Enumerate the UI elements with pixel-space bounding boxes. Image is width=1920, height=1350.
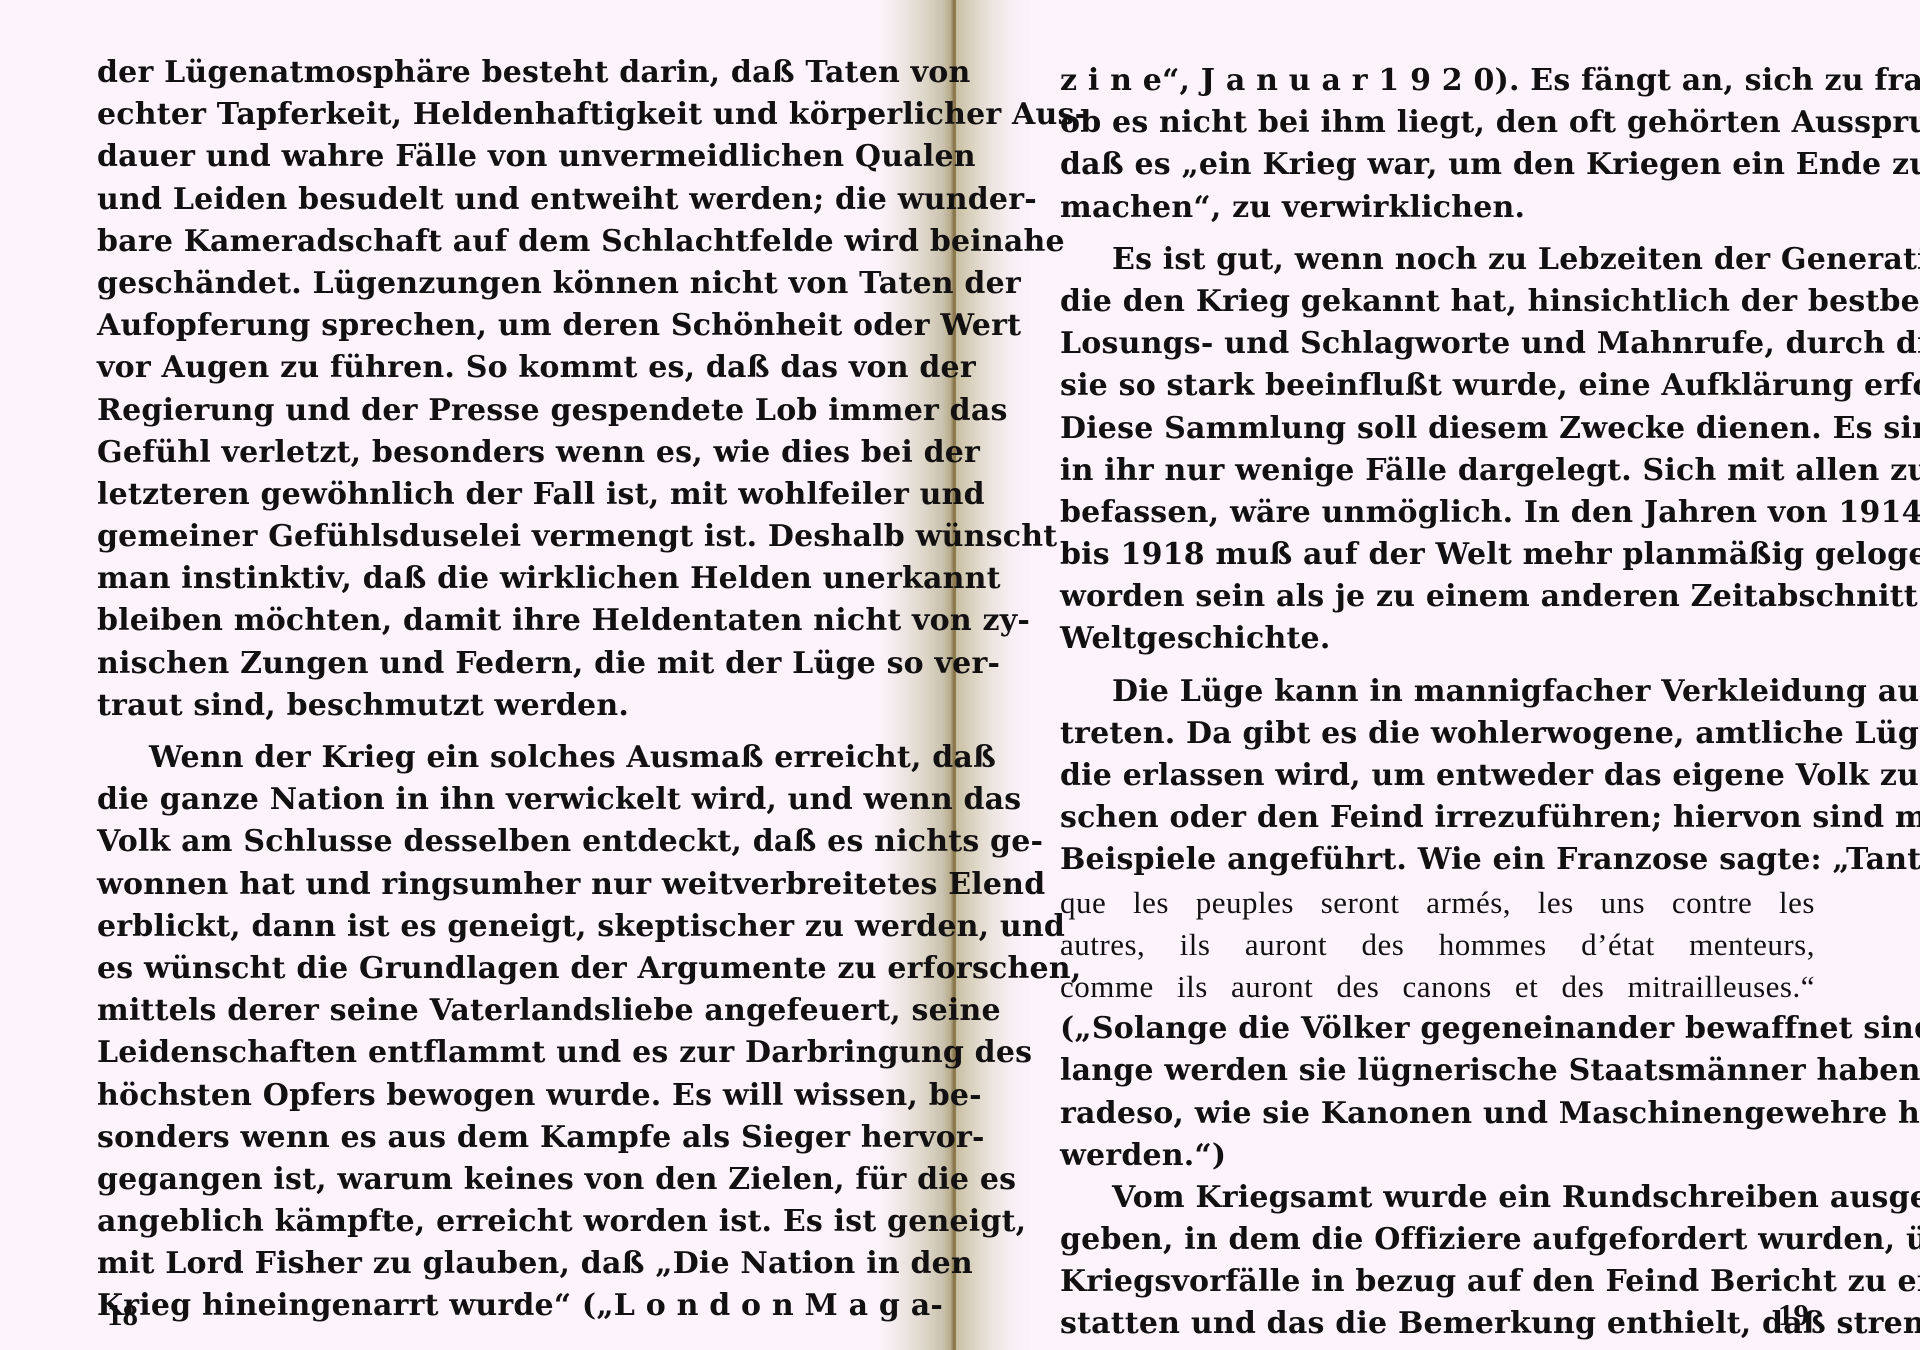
text-line: Krieg hineingenarrt wurde“ („L o n d o n…: [97, 1285, 849, 1327]
text-line: echter Tapferkeit, Heldenhaftigkeit und …: [97, 94, 849, 136]
text-line: Losungs- und Schlagworte und Mahnrufe, d…: [1060, 323, 1815, 365]
text-line: bis 1918 muß auf der Welt mehr planmäßig…: [1060, 534, 1815, 576]
text-line: ob es nicht bei ihm liegt, den oft gehör…: [1060, 102, 1815, 144]
paragraph-start-line: Es ist gut, wenn noch zu Lebzeiten der G…: [1060, 239, 1815, 281]
paragraph-end-line: machen“, zu verwirklichen.: [1060, 187, 1815, 229]
text-line: nischen Zungen und Federn, die mit der L…: [97, 643, 849, 685]
text-line: daß es „ein Krieg war, um den Kriegen ei…: [1060, 144, 1815, 186]
french-quote-line: autres, ils auront des hommes d’état men…: [1060, 924, 1815, 966]
text-line: Beispiele angeführt. Wie ein Franzose sa…: [1060, 839, 1815, 881]
text-line: lange werden sie lügnerische Staatsmänne…: [1060, 1050, 1815, 1092]
text-line: befassen, wäre unmöglich. In den Jahren …: [1060, 492, 1815, 534]
text-line: letzteren gewöhnlich der Fall ist, mit w…: [97, 474, 849, 516]
page-number-left: 18: [107, 1297, 138, 1333]
text-line: worden sein als je zu einem anderen Zeit…: [1060, 576, 1815, 618]
text-line: wonnen hat und ringsumher nur weitverbre…: [97, 864, 849, 906]
text-line: vor Augen zu führen. So kommt es, daß da…: [97, 347, 849, 389]
text-line: Diese Sammlung soll diesem Zwecke dienen…: [1060, 408, 1815, 450]
text-line: radeso, wie sie Kanonen und Maschinengew…: [1060, 1093, 1815, 1135]
paragraph-end-line: werden.“): [1060, 1135, 1815, 1177]
text-line: und Leiden besudelt und entweiht werden;…: [97, 179, 849, 221]
text-line: Aufopferung sprechen, um deren Schönheit…: [97, 305, 849, 347]
french-quote-line: que les peuples seront armés, les uns co…: [1060, 882, 1815, 924]
text-line: mittels derer seine Vaterlandsliebe ange…: [97, 990, 849, 1032]
text-line: sonders wenn es aus dem Kampfe als Siege…: [97, 1117, 849, 1159]
text-line: Regierung und der Presse gespendete Lob …: [97, 390, 849, 432]
text-line: z i n e“, J a n u a r 1 9 2 0). Es fängt…: [1060, 60, 1815, 102]
text-line: man instinktiv, daß die wirklichen Helde…: [97, 558, 849, 600]
text-line: Volk am Schlusse desselben entdeckt, daß…: [97, 821, 849, 863]
text-line: dauer und wahre Fälle von unvermeidliche…: [97, 136, 849, 178]
text-line: schen oder den Feind irrezuführen; hierv…: [1060, 797, 1815, 839]
text-line: angeblich kämpfte, erreicht worden ist. …: [97, 1201, 849, 1243]
text-line: gegangen ist, warum keines von den Ziele…: [97, 1159, 849, 1201]
text-line: in ihr nur wenige Fälle dargelegt. Sich …: [1060, 450, 1815, 492]
text-line: statten und das die Bemerkung enthielt, …: [1060, 1303, 1815, 1345]
text-line: Gefühl verletzt, besonders wenn es, wie …: [97, 432, 849, 474]
right-page-text: z i n e“, J a n u a r 1 9 2 0). Es fängt…: [1060, 60, 1815, 1346]
book-spread: der Lügenatmosphäre besteht darin, daß T…: [0, 0, 1920, 1350]
left-page-text: der Lügenatmosphäre besteht darin, daß T…: [97, 52, 849, 1328]
paragraph-start-line: Wenn der Krieg ein solches Ausmaß erreic…: [97, 737, 849, 779]
text-line: erblickt, dann ist es geneigt, skeptisch…: [97, 906, 849, 948]
paragraph-end-line: Weltgeschichte.: [1060, 618, 1815, 660]
paragraph-start-line: Die Lüge kann in mannigfacher Verkleidun…: [1060, 671, 1815, 713]
french-quote-line: comme ils auront des canons et des mitra…: [1060, 966, 1815, 1008]
text-line: Leidenschaften entflammt und es zur Darb…: [97, 1032, 849, 1074]
page-number-right: 19: [1778, 1297, 1809, 1333]
text-line: treten. Da gibt es die wohlerwogene, amt…: [1060, 713, 1815, 755]
text-line: die erlassen wird, um entweder das eigen…: [1060, 755, 1815, 797]
text-line: die den Krieg gekannt hat, hinsichtlich …: [1060, 281, 1815, 323]
text-line: mit Lord Fisher zu glauben, daß „Die Nat…: [97, 1243, 849, 1285]
text-line: Kriegsvorfälle in bezug auf den Feind Be…: [1060, 1261, 1815, 1303]
text-line: bare Kameradschaft auf dem Schlachtfelde…: [97, 221, 849, 263]
text-line: höchsten Opfers bewogen wurde. Es will w…: [97, 1075, 849, 1117]
text-line: die ganze Nation in ihn verwickelt wird,…: [97, 779, 849, 821]
text-line: es wünscht die Grundlagen der Argumente …: [97, 948, 849, 990]
text-line: („Solange die Völker gegeneinander bewaf…: [1060, 1008, 1815, 1050]
text-line: geschändet. Lügenzungen können nicht von…: [97, 263, 849, 305]
text-line: bleiben möchten, damit ihre Heldentaten …: [97, 600, 849, 642]
paragraph-start-line: Vom Kriegsamt wurde ein Rundschreiben au…: [1060, 1177, 1815, 1219]
text-line: sie so stark beeinflußt wurde, eine Aufk…: [1060, 365, 1815, 407]
text-line: gemeiner Gefühlsduselei vermengt ist. De…: [97, 516, 849, 558]
paragraph-end-line: traut sind, beschmutzt werden.: [97, 685, 849, 727]
text-line: der Lügenatmosphäre besteht darin, daß T…: [97, 52, 849, 94]
text-line: geben, in dem die Offiziere aufgefordert…: [1060, 1219, 1815, 1261]
